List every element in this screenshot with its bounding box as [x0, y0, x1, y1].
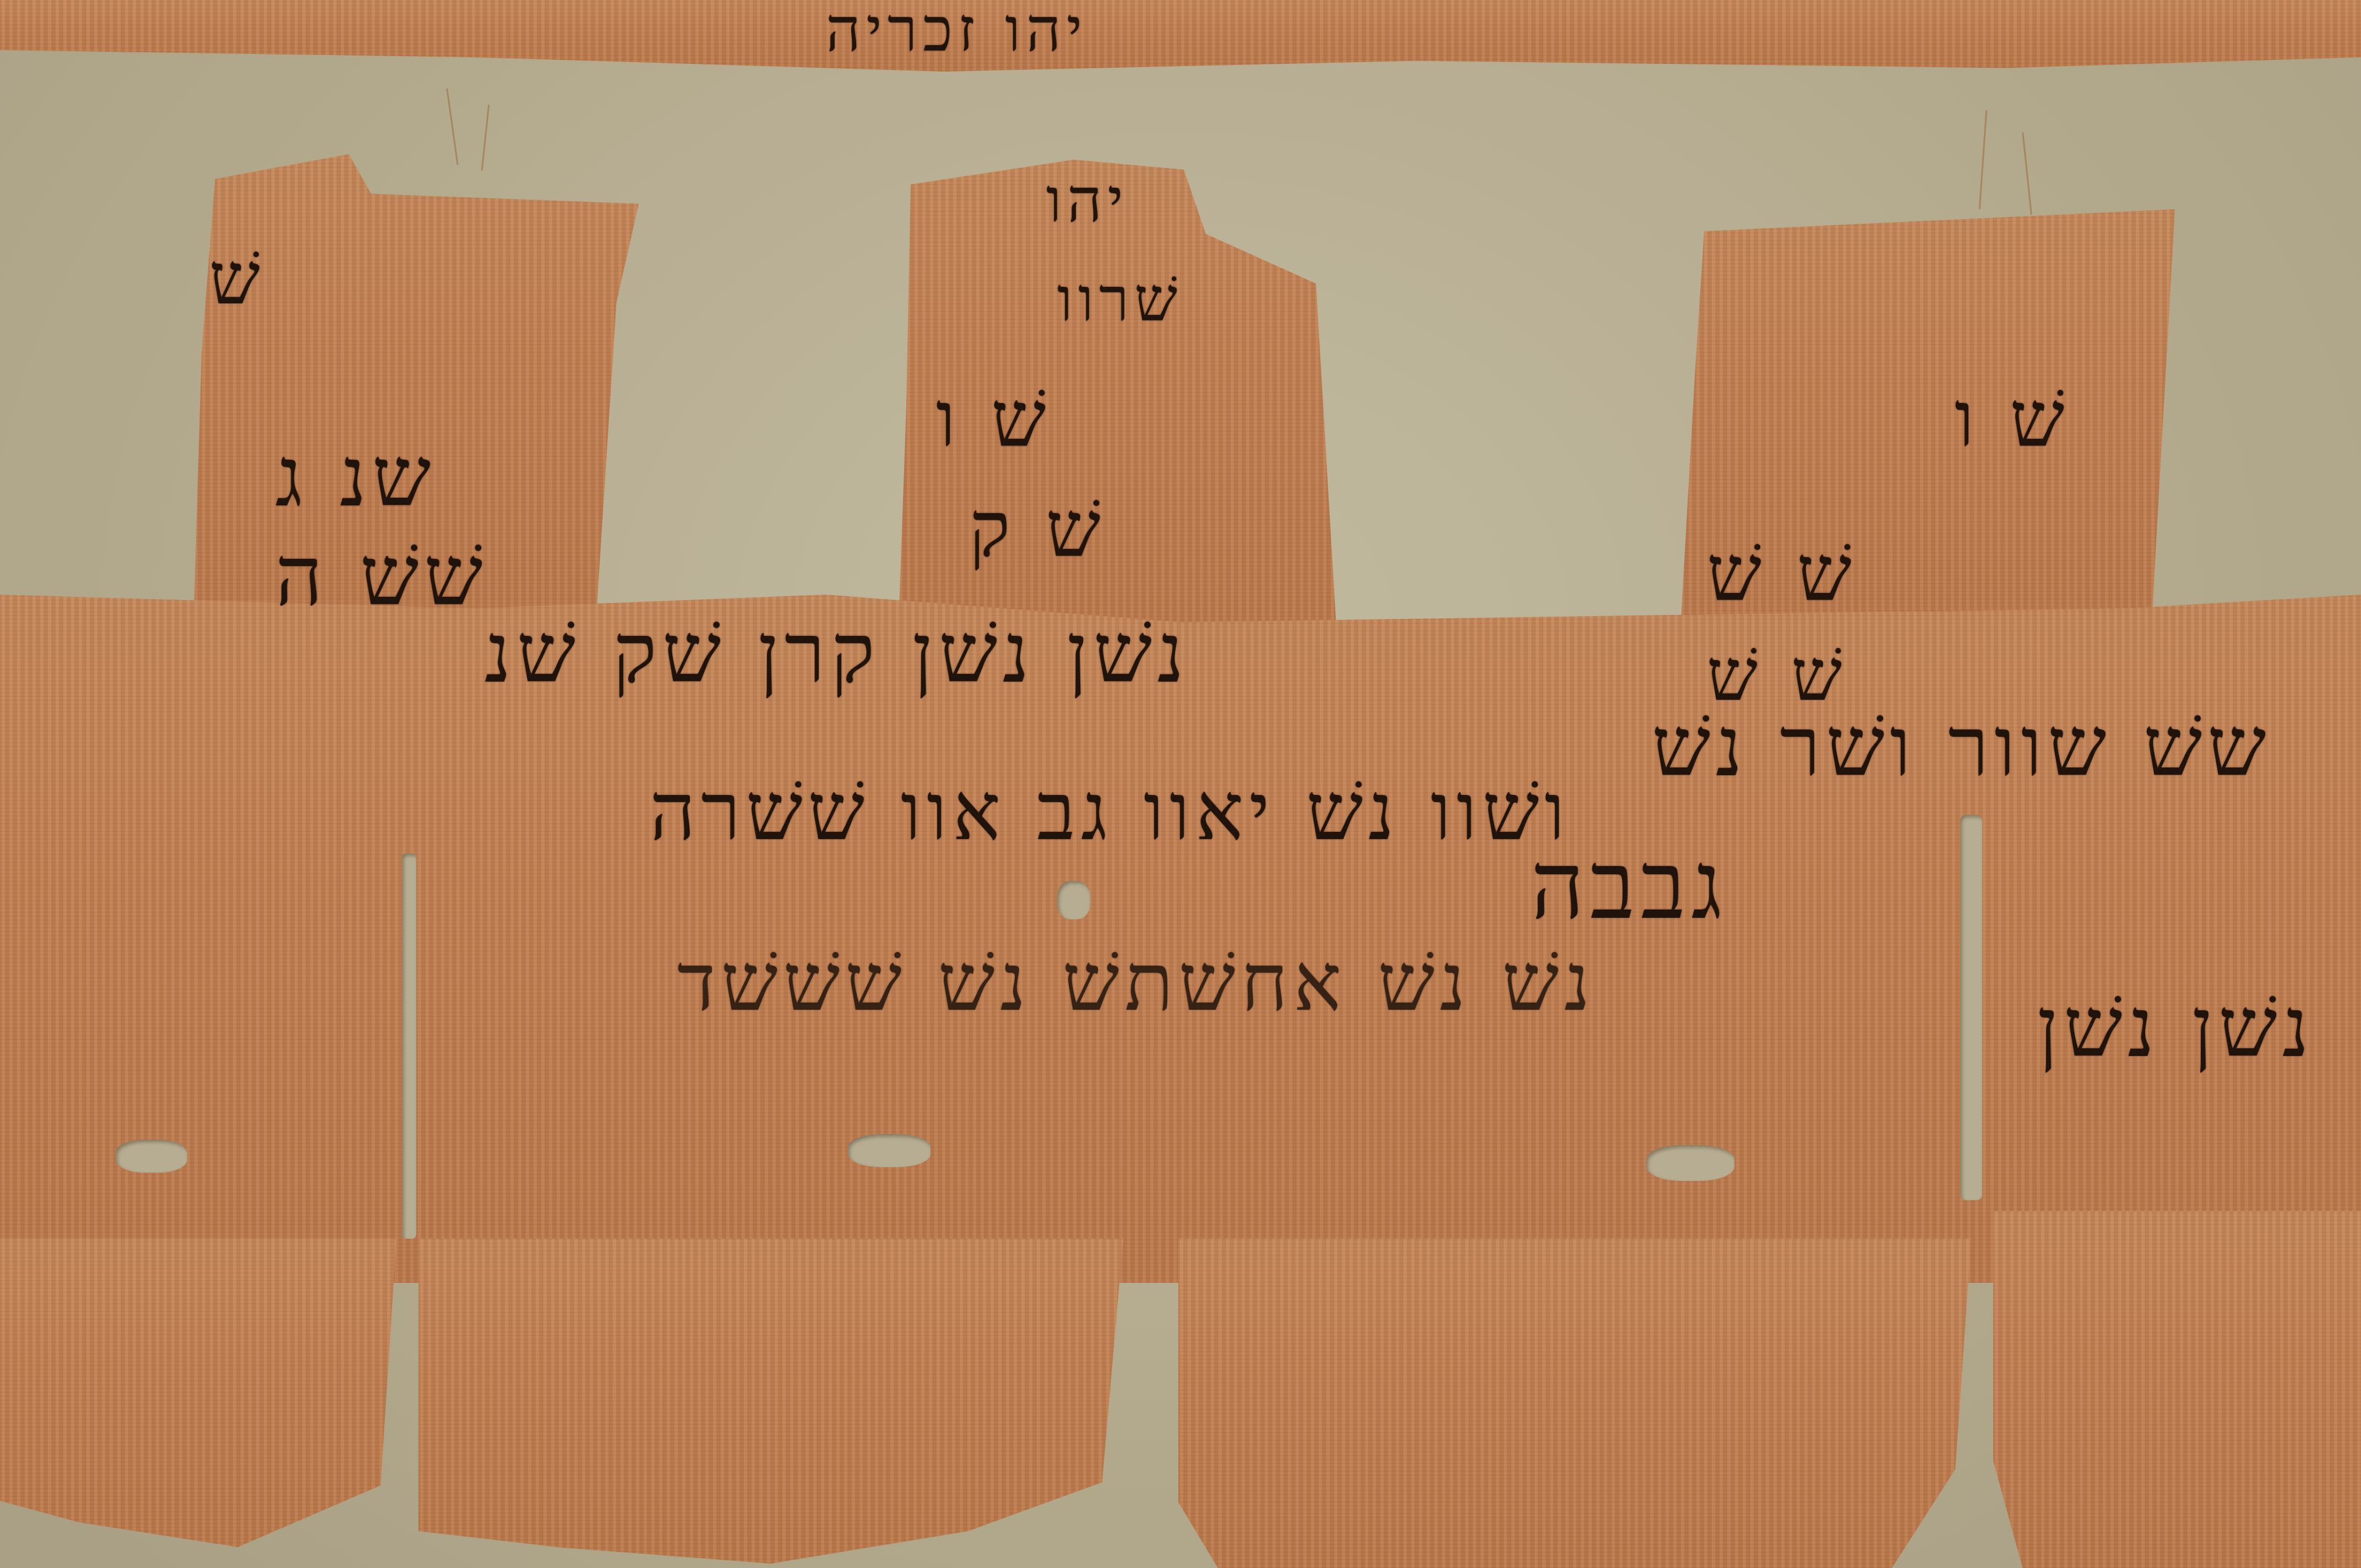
ink-left-col-1: שׁ: [209, 237, 265, 321]
papyrus-lower-center-left: [418, 1239, 1123, 1564]
ink-line-a: נשׁן נשׁן קרן שׁק שׁנ: [485, 606, 1190, 701]
ink-mid-col-4: שׁ ק: [969, 484, 1106, 574]
crack-right: [1960, 815, 1982, 1200]
ink-right-col-1: שׁ ו: [1955, 374, 2070, 464]
ink-mid-col-3: שׁ ו: [936, 374, 1051, 464]
papyrus-top-strip: [0, 0, 2361, 72]
ink-left-col-2: שנ ג: [275, 429, 436, 525]
fiber: [481, 105, 490, 171]
papyrus-lower-right: [1993, 1211, 2361, 1568]
fiber: [2022, 132, 2032, 214]
hole-4: [1646, 1145, 1734, 1181]
hole-2: [848, 1134, 931, 1167]
hole-1: [116, 1140, 187, 1173]
ink-line-e: נשׁ נשׁ אחשׁתשׁ נשׁ שׁשׁשׁד: [677, 936, 1596, 1029]
ink-right-col-2: שׁ שׁ: [1707, 529, 1857, 618]
ink-line-f: נשׁן נשׁן: [2037, 980, 2315, 1076]
ink-mid-col-1: יהו: [1046, 165, 1129, 236]
fiber: [446, 88, 458, 165]
papyrus-lower-center: [1178, 1239, 1971, 1568]
papyrus-lower-left: [0, 1239, 396, 1547]
crack-left: [402, 853, 416, 1239]
hole-3: [1057, 881, 1090, 919]
ink-line-d: גבבה: [1531, 831, 1728, 940]
ink-line-c: ושׁוו נשׁ יאוו גב אוו שׁשׁרה: [650, 765, 1570, 858]
fiber: [1979, 110, 1988, 209]
ink-top-strip: יהו זכריה: [826, 0, 1088, 66]
ink-line-b: ששׁ שוור ושׁר נשׁ: [1652, 699, 2271, 795]
ink-left-col-3: שׁשׁ ה: [275, 529, 488, 624]
ink-mid-col-2: שׁרוו: [1057, 264, 1183, 335]
